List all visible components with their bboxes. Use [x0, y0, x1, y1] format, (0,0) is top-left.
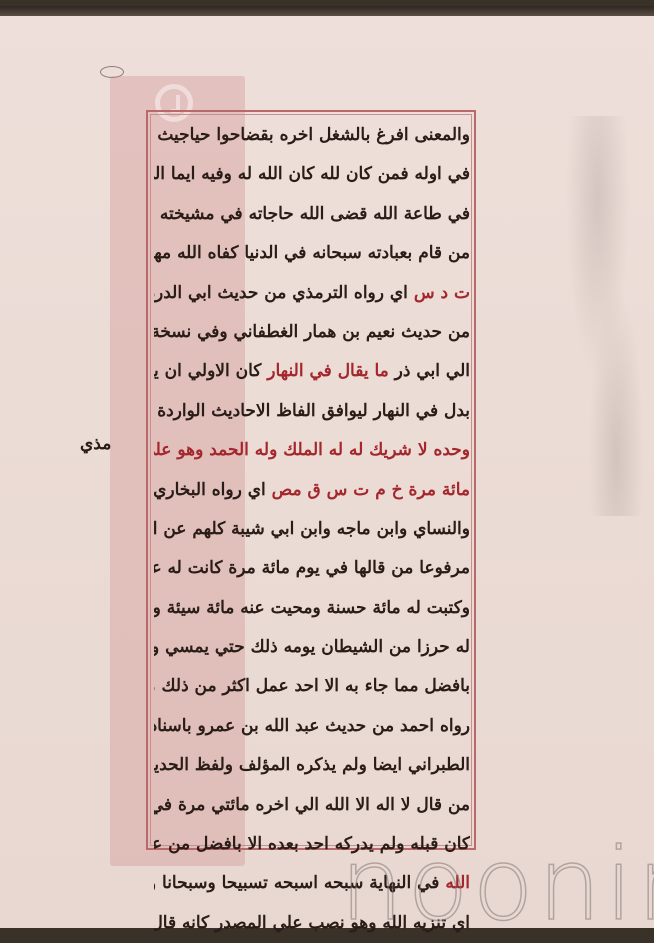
text-line: رواه احمد من حديث عبد الله بن عمرو باسنا… [154, 707, 470, 746]
text-line-rubric: مائة مرة خ م ت س ق مص اي رواه البخاري وم… [154, 471, 470, 510]
text-line-rubric: بدل في النهار ليوافق الفاظ الاحاديث الوا… [154, 392, 470, 431]
text-line: من قال لا اله الا الله الي اخره مائتي مر… [154, 786, 470, 825]
text-line: له حرزا من الشيطان يومه ذلك حتي يمسي ولم… [154, 628, 470, 667]
text-line: مرفوعا من قالها في يوم مائة مرة كانت له … [154, 549, 470, 588]
bleed-through-ornament [560, 116, 654, 516]
text-block: والمعنى افرغ بالشغل اخره بقضاحوا حياجيث … [154, 116, 470, 928]
text-line: وكتبت له مائة حسنة ومحيت عنه مائة سيئة و… [154, 589, 470, 628]
text-line: من حديث نعيم بن همار الغطفاني وفي نسخة ن… [154, 313, 470, 352]
rubric-text: ت د س [414, 283, 470, 303]
margin-note: مذي [80, 434, 111, 454]
watermark: noonin [340, 826, 654, 928]
text-line-rubric: ت د س اي رواه الترمذي من حديث ابي الدردا… [154, 274, 470, 313]
text-line: في طاعة الله قضى الله حاجاته في مشيخته و… [154, 195, 470, 234]
rubric-text: مائتي مرة [154, 676, 156, 696]
text-line: في اوله فمن كان لله كان الله له وفيه ايم… [154, 155, 470, 194]
rubric-text: مائة مرة خ م ت س ق مص [272, 480, 470, 500]
text-line: والنساي وابن ماجه وابن ابي شيبة كلهم عن … [154, 510, 470, 549]
text-line-rubric: الي ابي ذر ما يقال في النهار كان الاولي … [154, 352, 470, 391]
text-line: والمعنى افرغ بالشغل اخره بقضاحوا حياجيث … [154, 116, 470, 155]
text-line-rubric: بافضل مما جاء به الا احد عمل اكثر من ذلك… [154, 667, 470, 706]
text-line: الطبراني ايضا ولم يذكره المؤلف ولفظ الحد… [154, 746, 470, 785]
text-line: من قام بعبادته سبحانه في الدنيا كفاه الل… [154, 234, 470, 273]
rubric-text: ما يقال في النهار [267, 361, 388, 381]
page-top-edge [0, 6, 654, 16]
text-line-rubric: وحده لا شريك له له الملك وله الحمد وهو ع… [154, 431, 470, 470]
manuscript-page: مذي والمعنى افرغ بالشغل اخره بقضاحوا حيا… [0, 6, 654, 928]
